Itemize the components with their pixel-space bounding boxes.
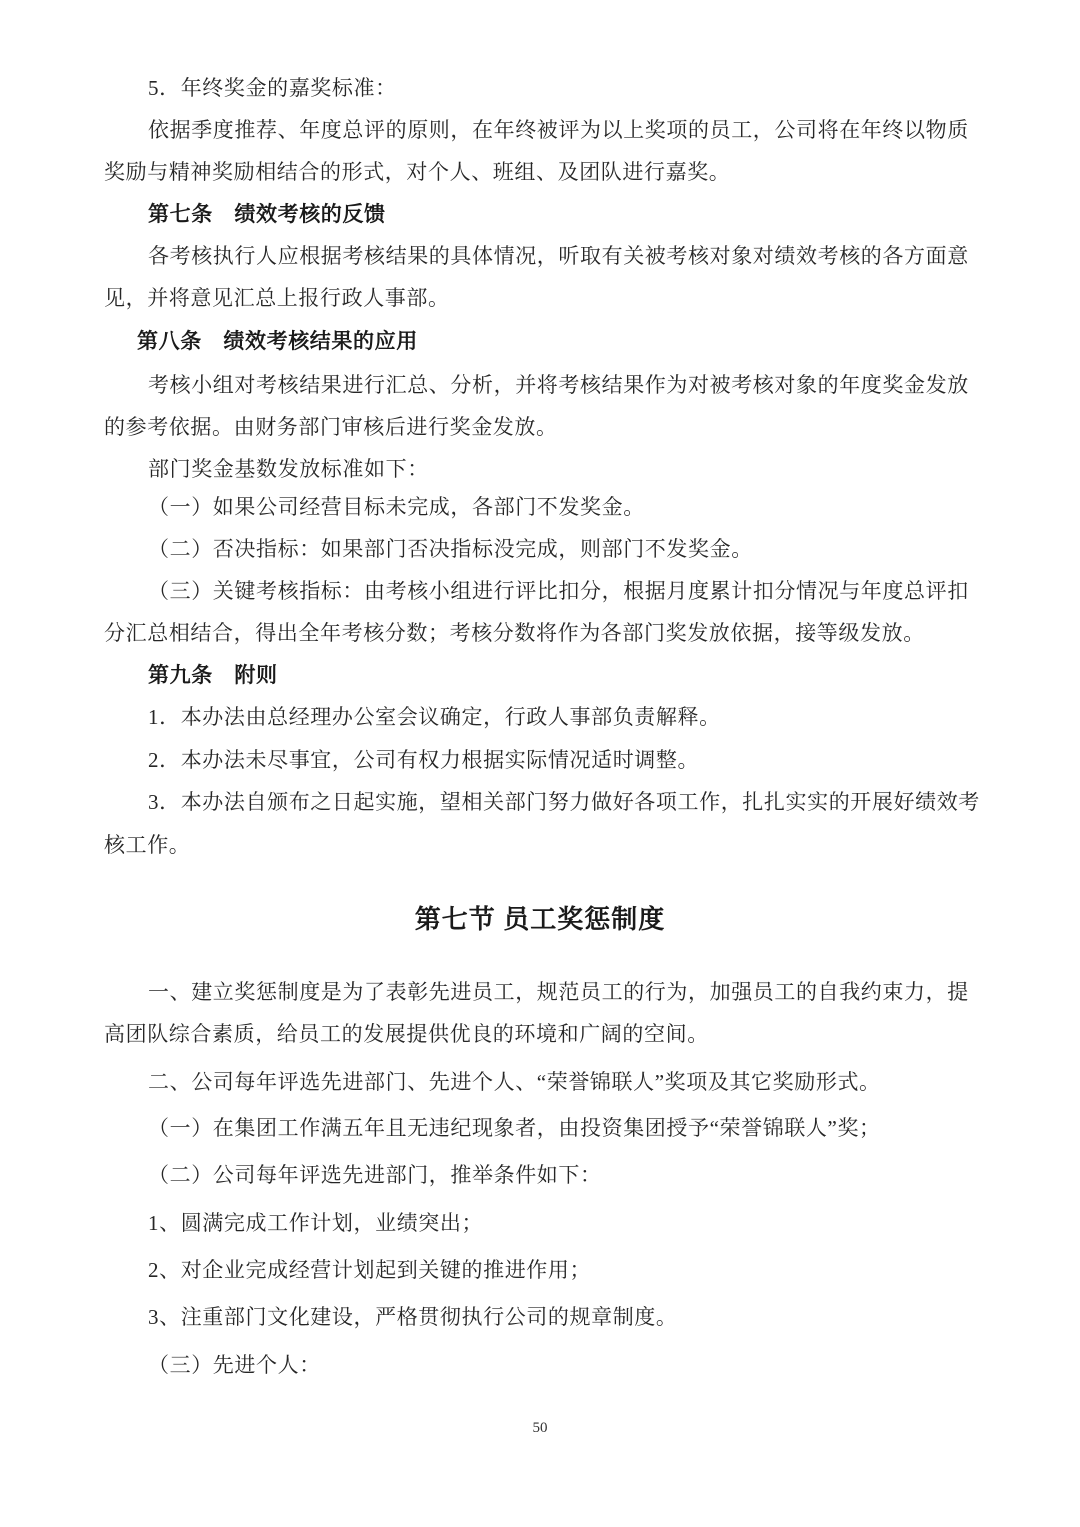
paragraph-line: 高团队综合素质，给员工的发展提供优良的环境和广阔的空间。	[104, 1019, 709, 1049]
paragraph-line: 核工作。	[104, 830, 190, 860]
article-heading: 第九条 附则	[148, 660, 278, 690]
paragraph-line: 见，并将意见汇总上报行政人事部。	[104, 283, 450, 313]
paragraph-line: 二、公司每年评选先进部门、先进个人、“荣誉锦联人”奖项及其它奖励形式。	[148, 1067, 881, 1097]
paragraph-line: 3．本办法自颁布之日起实施，望相关部门努力做好各项工作，扎扎实实的开展好绩效考	[148, 787, 980, 817]
paragraph-line: （一）在集团工作满五年且无违纪现象者，由投资集团授予“荣誉锦联人”奖；	[148, 1113, 881, 1143]
paragraph-line: 部门奖金基数发放标准如下：	[148, 454, 429, 484]
paragraph-line: 分汇总相结合，得出全年考核分数；考核分数将作为各部门奖发放依据，接等级发放。	[104, 618, 925, 648]
article-heading: 第八条 绩效考核结果的应用	[137, 326, 418, 356]
section-title: 第七节 员工奖惩制度	[0, 902, 1080, 938]
paragraph-line: 一、建立奖惩制度是为了表彰先进员工，规范员工的行为，加强员工的自我约束力，提	[148, 977, 969, 1007]
paragraph-line: 的参考依据。由财务部门审核后进行奖金发放。	[104, 412, 558, 442]
paragraph-line: （二）否决指标：如果部门否决指标没完成，则部门不发奖金。	[148, 534, 753, 564]
article-heading: 第七条 绩效考核的反馈	[148, 199, 386, 229]
paragraph-line: 各考核执行人应根据考核结果的具体情况，听取有关被考核对象对绩效考核的各方面意	[148, 241, 969, 271]
paragraph-line: （二）公司每年评选先进部门，推举条件如下：	[148, 1160, 602, 1190]
paragraph-line: 奖励与精神奖励相结合的形式，对个人、班组、及团队进行嘉奖。	[104, 157, 730, 187]
document-page: 5．年终奖金的嘉奖标准：依据季度推荐、年度总评的原则，在年终被评为以上奖项的员工…	[0, 0, 1080, 1527]
paragraph-line: （一）如果公司经营目标未完成，各部门不发奖金。	[148, 492, 645, 522]
paragraph-line: 5．年终奖金的嘉奖标准：	[148, 73, 397, 103]
paragraph-line: 1．本办法由总经理办公室会议确定，行政人事部负责解释。	[148, 702, 721, 732]
paragraph-line: 1、圆满完成工作计划，业绩突出；	[148, 1208, 483, 1238]
paragraph-line: （三）关键考核指标：由考核小组进行评比扣分，根据月度累计扣分情况与年度总评扣	[148, 576, 969, 606]
paragraph-line: 3、注重部门文化建设，严格贯彻执行公司的规章制度。	[148, 1302, 678, 1332]
paragraph-line: 考核小组对考核结果进行汇总、分析，并将考核结果作为对被考核对象的年度奖金发放	[148, 370, 969, 400]
paragraph-line: 2．本办法未尽事宜，公司有权力根据实际情况适时调整。	[148, 745, 699, 775]
paragraph-line: 依据季度推荐、年度总评的原则，在年终被评为以上奖项的员工，公司将在年终以物质	[148, 115, 969, 145]
page-number: 50	[0, 1418, 1080, 1438]
paragraph-line: 2、对企业完成经营计划起到关键的推进作用；	[148, 1255, 591, 1285]
paragraph-line: （三）先进个人：	[148, 1350, 321, 1380]
